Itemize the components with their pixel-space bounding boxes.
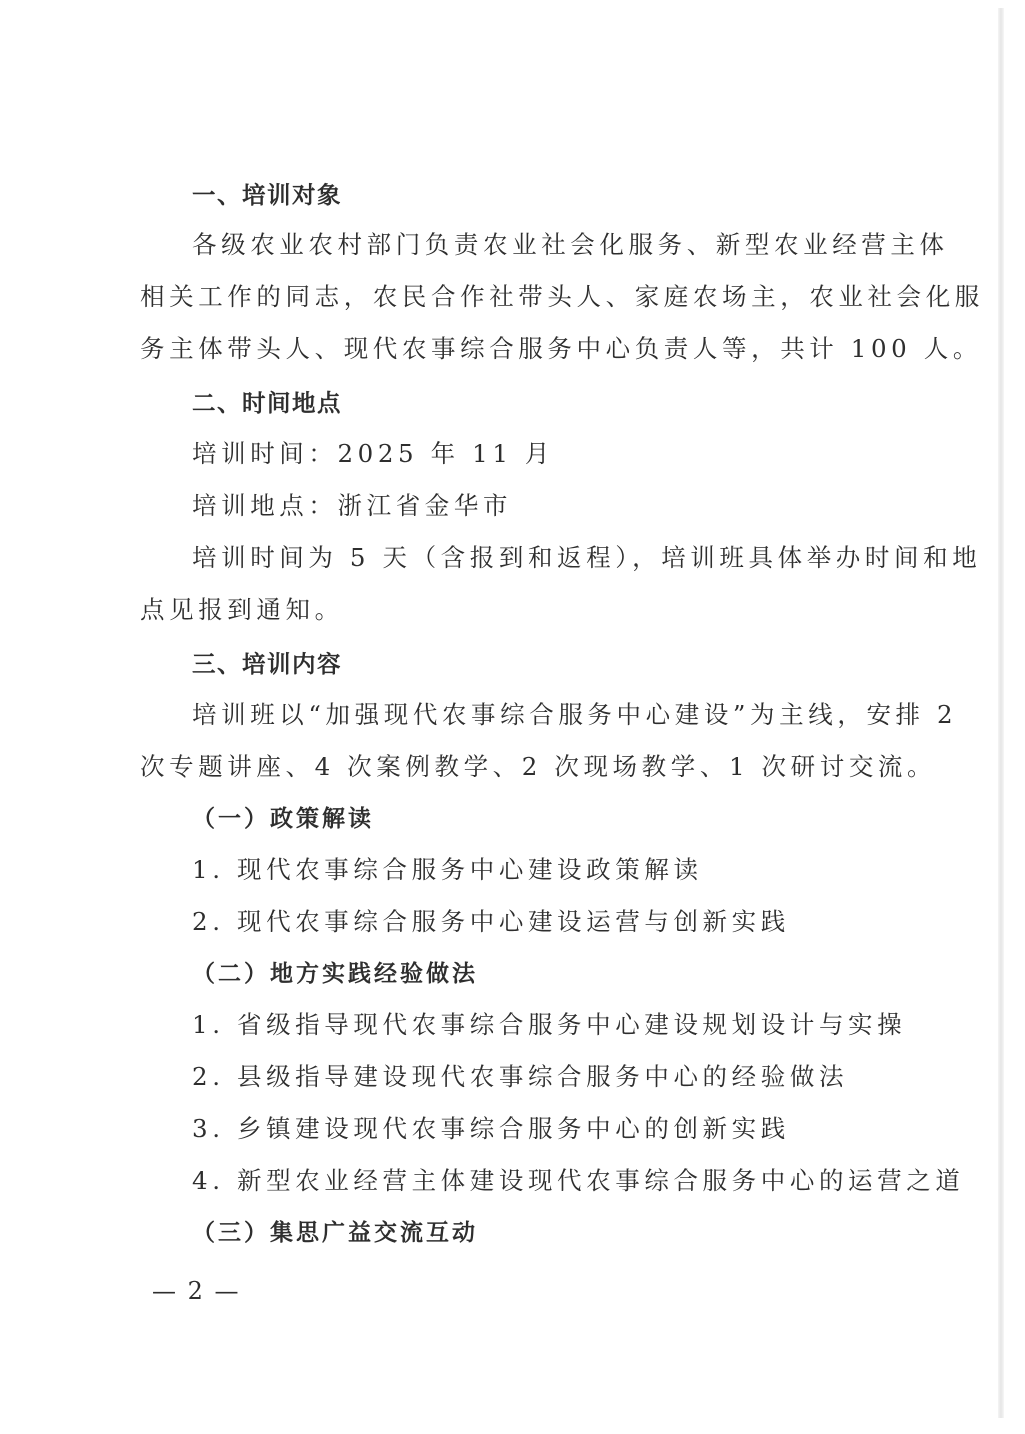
list-item: 2. 县级指导建设现代农事综合服务中心的经验做法 [192, 1062, 848, 1092]
training-place: 培训地点：浙江省金华市 [192, 491, 512, 521]
paragraph-line: 务主体带头人、现代农事综合服务中心负责人等，共计 100 人。 [140, 334, 982, 364]
paragraph-line: 培训时间为 5 天（含报到和返程），培训班具体举办时间和地 [192, 543, 981, 573]
list-item: 3. 乡镇建设现代农事综合服务中心的创新实践 [192, 1114, 790, 1144]
paragraph-line: 次专题讲座、4 次案例教学、2 次现场教学、1 次研讨交流。 [140, 752, 936, 782]
section-heading-3: 三、培训内容 [192, 649, 342, 679]
page-edge-shadow [998, 8, 1004, 1418]
paragraph-line: 培训班以“加强现代农事综合服务中心建设”为主线，安排 2 [192, 700, 957, 730]
subsection-heading-1: （一）政策解读 [192, 804, 374, 834]
section-heading-2: 二、时间地点 [192, 388, 342, 418]
subsection-heading-3: （三）集思广益交流互动 [192, 1218, 478, 1248]
page-number: — 2 — [152, 1276, 241, 1306]
paragraph-line: 各级农业农村部门负责农业社会化服务、新型农业经营主体 [192, 230, 949, 260]
list-item: 1. 省级指导现代农事综合服务中心建设规划设计与实操 [192, 1010, 906, 1040]
list-item: 2. 现代农事综合服务中心建设运营与创新实践 [192, 907, 790, 937]
subsection-heading-2: （二）地方实践经验做法 [192, 959, 478, 989]
paragraph-line: 点见报到通知。 [140, 595, 344, 625]
section-heading-1: 一、培训对象 [192, 180, 342, 210]
list-item: 4. 新型农业经营主体建设现代农事综合服务中心的运营之道 [192, 1166, 964, 1196]
paragraph-line: 相关工作的同志，农民合作社带头人、家庭农场主，农业社会化服 [140, 282, 984, 312]
training-time: 培训时间：2025 年 11 月 [192, 439, 554, 469]
list-item: 1. 现代农事综合服务中心建设政策解读 [192, 855, 703, 885]
